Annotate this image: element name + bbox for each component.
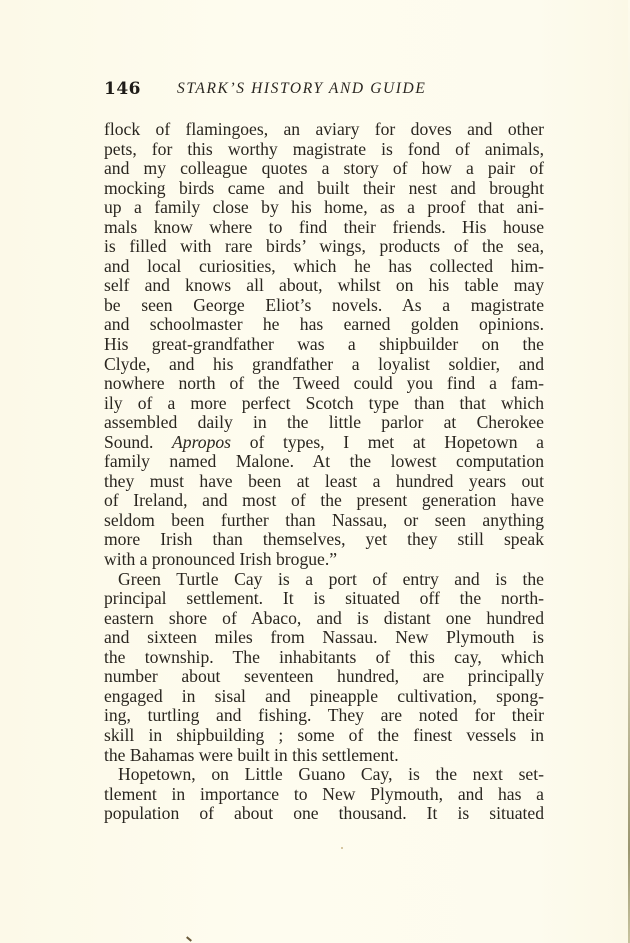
text-line-paragraph-start: Hopetown, on Little Guano Cay, is the ne… (104, 765, 544, 785)
text-line: family named Malone. At the lowest compu… (104, 452, 544, 472)
text-line: seldom been further than Nassau, or seen… (104, 511, 544, 531)
text-line: ily of a more perfect Scotch type than t… (104, 394, 544, 414)
text-line: principal settlement. It is situated off… (104, 589, 544, 609)
text-line: be seen George Eliot’s novels. As a magi… (104, 296, 544, 316)
text-segment: Sound. (104, 432, 172, 452)
text-line: up a family close by his home, as a proo… (104, 198, 544, 218)
text-line: population of about one thousand. It is … (104, 804, 544, 824)
running-head: STARK’S HISTORY AND GUIDE (177, 80, 426, 98)
text-line: self and knows all about, whilst on his … (104, 276, 544, 296)
text-line: tlement in importance to New Plymouth, a… (104, 785, 544, 805)
text-line: ing, turtling and fishing. They are note… (104, 706, 544, 726)
text-line: engaged in sisal and pineapple cultivati… (104, 687, 544, 707)
text-line: number about seventeen hundred, are prin… (104, 667, 544, 687)
text-line: and schoolmaster he has earned golden op… (104, 315, 544, 335)
text-line: and sixteen miles from Nassau. New Plymo… (104, 628, 544, 648)
text-line-paragraph-start: Green Turtle Cay is a port of entry and … (104, 570, 544, 590)
page-header: 146 STARK’S HISTORY AND GUIDE (104, 79, 544, 101)
text-line: of Ireland, and most of the present gene… (104, 491, 544, 511)
text-line: Clyde, and his grandfather a loyalist so… (104, 355, 544, 375)
text-segment: of types, I met at Hopetown a (231, 432, 544, 452)
text-line: mocking birds came and built their nest … (104, 179, 544, 199)
page-number: 146 (104, 79, 141, 99)
paper-speck (341, 847, 343, 849)
italic-term-apropos: Apropos (172, 432, 231, 452)
text-line: flock of flamingoes, an aviary for doves… (104, 120, 544, 140)
text-line: is filled with rare birds’ wings, produc… (104, 237, 544, 257)
text-line: and local curiosities, which he has coll… (104, 257, 544, 277)
text-line: assembled daily in the little parlor at … (104, 413, 544, 433)
text-line: more Irish than themselves, yet they sti… (104, 530, 544, 550)
text-line-paragraph-end: the Bahamas were built in this settlemen… (104, 746, 544, 766)
text-line: pets, for this worthy magistrate is fond… (104, 140, 544, 160)
text-line: the township. The inhabitants of this ca… (104, 648, 544, 668)
book-page: 146 STARK’S HISTORY AND GUIDE flock of f… (0, 0, 630, 943)
paper-mark (186, 936, 192, 941)
text-line-paragraph-end: with a pronounced Irish brogue.” (104, 550, 544, 570)
body-text: flock of flamingoes, an aviary for doves… (104, 120, 544, 824)
text-line: nowhere north of the Tweed could you fin… (104, 374, 544, 394)
text-line-apropos: Sound. Apropos of types, I met at Hopeto… (104, 433, 544, 453)
text-line: mals know where to find their friends. H… (104, 218, 544, 238)
text-line: His great-grandfather was a shipbuilder … (104, 335, 544, 355)
text-line: eastern shore of Abaco, and is distant o… (104, 609, 544, 629)
text-line: skill in shipbuilding ; some of the fine… (104, 726, 544, 746)
text-line: they must have been at least a hundred y… (104, 472, 544, 492)
text-line: and my colleague quotes a story of how a… (104, 159, 544, 179)
